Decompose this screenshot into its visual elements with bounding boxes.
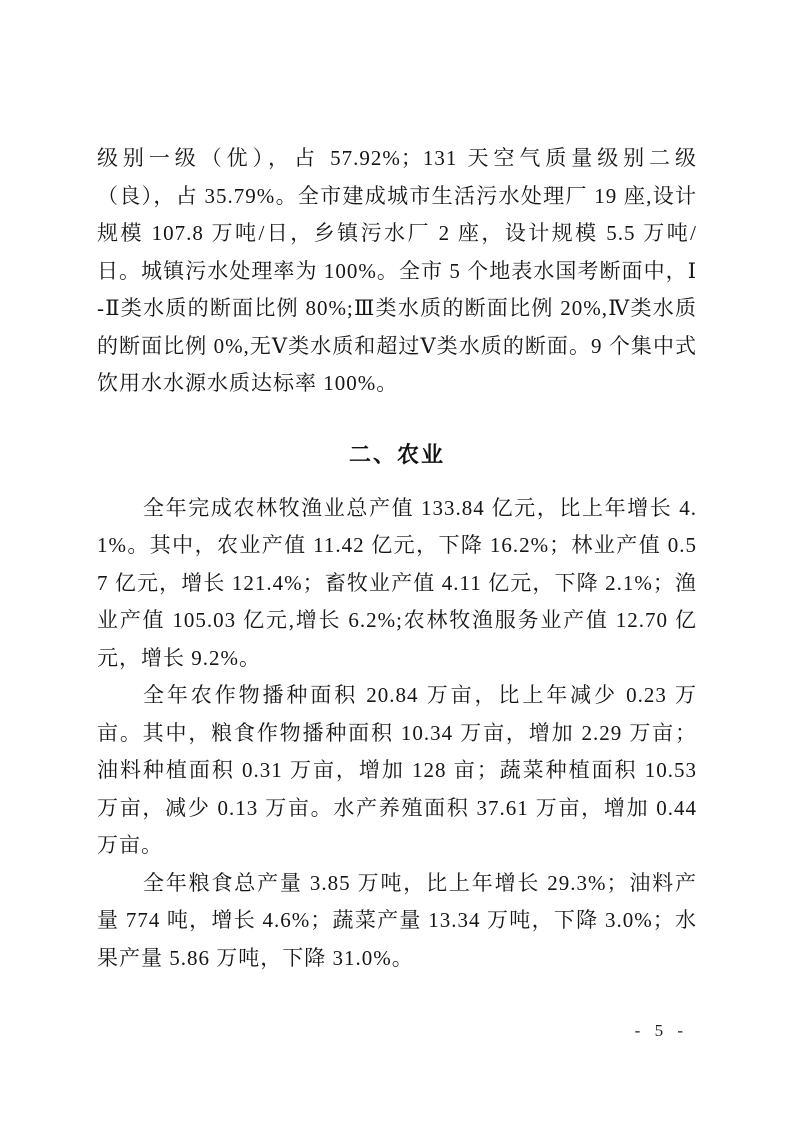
document-page: 级别一级（优），占 57.92%；131 天空气质量级别二级（良），占 35.7… [0, 0, 794, 1123]
paragraph-agriculture-output-value: 全年完成农林牧渔业总产值 133.84 亿元，比上年增长 4.1%。其中，农业产… [97, 490, 697, 678]
page-body: 级别一级（优），占 57.92%；131 天空气质量级别二级（良），占 35.7… [97, 140, 697, 977]
section-heading-agriculture: 二、农业 [97, 436, 697, 474]
paragraph-environment-continuation: 级别一级（优），占 57.92%；131 天空气质量级别二级（良），占 35.7… [97, 140, 697, 403]
paragraph-grain-output: 全年粮食总产量 3.85 万吨，比上年增长 29.3%；油料产量 774 吨，增… [97, 865, 697, 978]
page-number: - 5 - [635, 1021, 688, 1041]
paragraph-crop-sown-area: 全年农作物播种面积 20.84 万亩，比上年减少 0.23 万亩。其中，粮食作物… [97, 677, 697, 865]
